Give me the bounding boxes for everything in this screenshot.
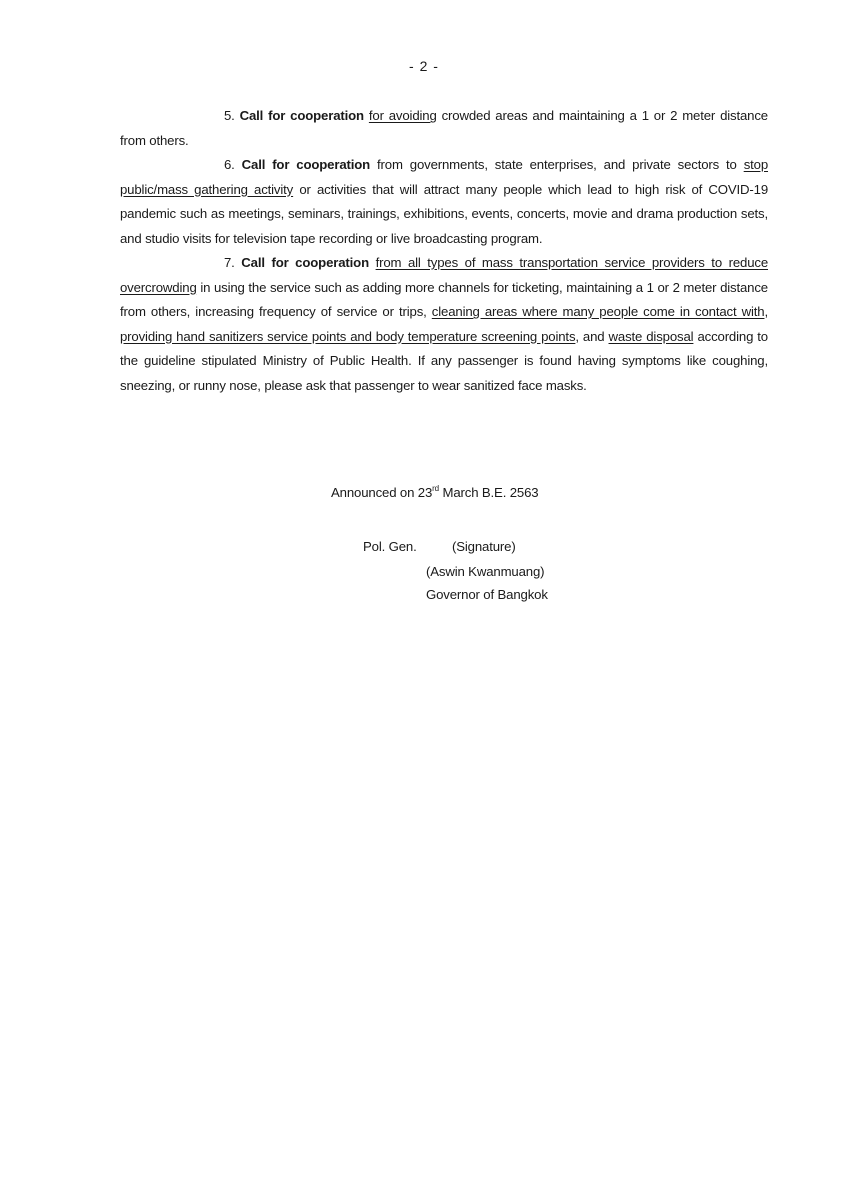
underlined-text: providing hand sanitizers service points…	[120, 329, 575, 344]
paragraph-7: 7. Call for cooperation from all types o…	[120, 251, 768, 398]
announced-rest: March B.E. 2563	[439, 485, 539, 500]
signatory-rank: Pol. Gen.	[363, 535, 417, 559]
emphasis-text: Call for cooperation	[240, 108, 364, 123]
paragraph-5: 5. Call for cooperation for avoiding cro…	[120, 104, 768, 153]
signatory-name: (Aswin Kwanmuang)	[426, 560, 544, 584]
body-text: , and	[575, 329, 608, 344]
body-text	[369, 255, 376, 270]
underlined-text: for avoiding	[369, 108, 437, 123]
body-text: crowded areas and maintaining a 1 or 2 m…	[120, 108, 768, 148]
date-ordinal-suffix: rd	[432, 484, 439, 493]
page-number: - 2 -	[0, 58, 848, 74]
emphasis-text: Call for cooperation	[241, 255, 369, 270]
underlined-text: waste disposal	[609, 329, 694, 344]
underlined-text: cleaning areas where many people come in…	[432, 304, 765, 319]
paragraph-6: 6. Call for cooperation from governments…	[120, 153, 768, 251]
paragraph-number: 5.	[224, 108, 240, 123]
announcement-date: Announced on 23rd March B.E. 2563	[331, 481, 538, 505]
announcement-body: 5. Call for cooperation for avoiding cro…	[120, 104, 768, 398]
body-text: from governments, state enterprises, and…	[370, 157, 744, 172]
signatory-title: Governor of Bangkok	[426, 583, 548, 607]
signature-placeholder: (Signature)	[452, 535, 516, 559]
body-text: ,	[764, 304, 768, 319]
emphasis-text: Call for cooperation	[242, 157, 370, 172]
paragraph-number: 7.	[224, 255, 241, 270]
paragraph-number: 6.	[224, 157, 242, 172]
announced-prefix: Announced on 23	[331, 485, 432, 500]
